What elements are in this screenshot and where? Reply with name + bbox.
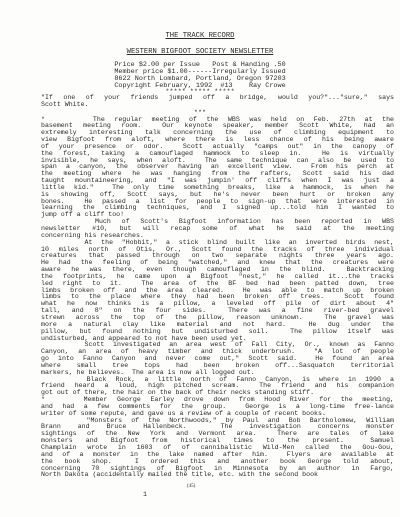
article-body: * The regular meeting of the WBS was hel… bbox=[41, 117, 394, 480]
newsletter-title: THE TRACK RECORD bbox=[0, 33, 400, 40]
newsletter-subtitle: WESTERN BIGFOOT SOCIETY NEWSLETTER bbox=[0, 49, 400, 56]
page-number: 1 bbox=[143, 491, 147, 498]
newsletter-page: THE TRACK RECORD WESTERN BIGFOOT SOCIETY… bbox=[0, 0, 400, 517]
archive-stamp: (45) bbox=[187, 484, 195, 489]
article-line: North Dakota (accidentally mailed the ti… bbox=[41, 472, 394, 479]
quote-line: "If one of your friends jumped off a bri… bbox=[41, 95, 394, 102]
opening-quote: "If one of your friends jumped off a bri… bbox=[41, 95, 394, 109]
quote-line: Scott White. bbox=[41, 102, 394, 109]
